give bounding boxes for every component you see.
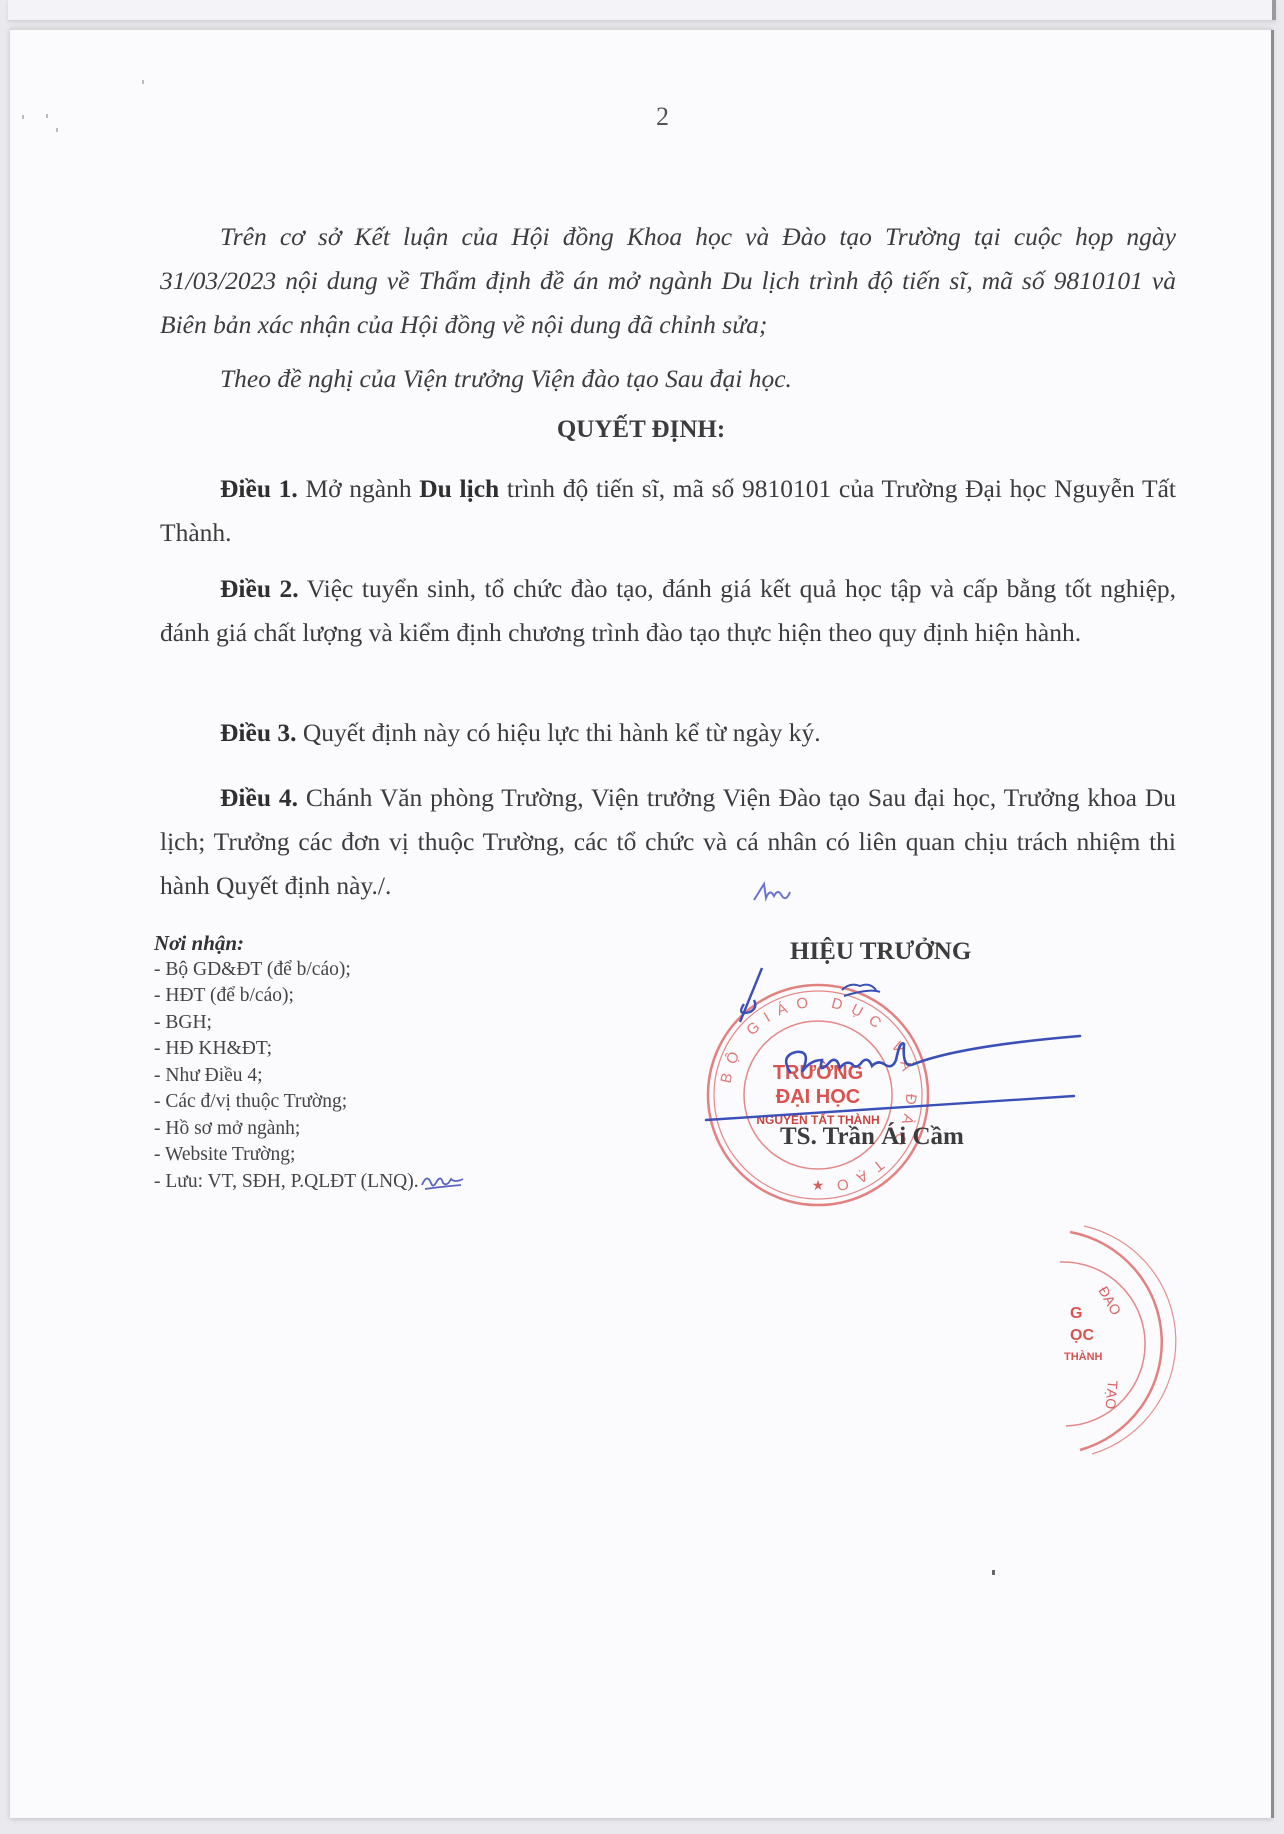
handwritten-signature-icon [700,960,1100,1160]
article-4: Điều 4. Chánh Văn phòng Trường, Viện trư… [160,776,1176,908]
recipient-item-text: - Lưu: VT, SĐH, P.QLĐT (LNQ). [154,1171,419,1192]
scan-speck [142,80,144,84]
page-number: 2 [656,102,669,132]
scan-speck [22,115,24,119]
handwritten-initials-icon [750,878,800,908]
recipient-item: - Như Điều 4; [154,1063,465,1090]
recipients-list: Nơi nhận: - Bộ GD&ĐT (để b/cáo); - HĐT (… [154,930,465,1195]
article-1: Điều 1. Mở ngành Du lịch trình độ tiến s… [160,467,1176,555]
recipients-title: Nơi nhận: [154,930,465,957]
recipient-item: - Website Trường; [154,1142,465,1169]
article-3: Điều 3. Quyết định này có hiệu lực thi h… [160,711,1176,755]
recipient-item: - BGH; [154,1010,465,1037]
svg-text:G: G [1070,1305,1082,1322]
scan-speck [56,128,58,132]
svg-text:ĐAO: ĐAO [1095,1284,1124,1318]
page-right-edge [1271,30,1274,1818]
article-2: Điều 2. Việc tuyển sinh, tổ chức đào tạo… [160,567,1176,655]
document-page: 2 Trên cơ sở Kết luận của Hội đồng Khoa … [10,28,1272,1818]
previous-page-edge [8,0,1276,21]
recipient-item: - HĐ KH&ĐT; [154,1036,465,1063]
article-label: Điều 3. [220,718,297,747]
recipient-item: - Hồ sơ mở ngành; [154,1116,465,1143]
article-text: Chánh Văn phòng Trường, Viện trưởng Viện… [160,783,1176,900]
article-text: Mở ngành [298,474,419,503]
recipient-item: - HĐT (để b/cáo); [154,983,465,1010]
article-label: Điều 4. [220,783,298,812]
decision-heading: QUYẾT ĐỊNH: [10,416,1272,444]
scan-speck [46,114,48,118]
recipient-item: - Các đ/vị thuộc Trường; [154,1089,465,1116]
article-text: Việc tuyển sinh, tổ chức đào tạo, đánh g… [160,574,1176,647]
scan-speck [992,1570,995,1575]
preamble-proposal: Theo đề nghị của Viện trưởng Viện đào tạ… [160,357,1176,401]
svg-text:TẠO: TẠO [1102,1380,1120,1410]
preamble-basis: Trên cơ sở Kết luận của Hội đồng Khoa họ… [160,215,1176,347]
partial-stamp-icon: ĐAO TẠO G ỌC THÀNH [1030,1220,1200,1460]
page-edge-shadow [1272,0,1276,20]
article-text: Quyết định này có hiệu lực thi hành kể t… [297,718,821,747]
recipient-item: - Bộ GD&ĐT (để b/cáo); [154,957,465,984]
recipient-item: - Lưu: VT, SĐH, P.QLĐT (LNQ). [154,1169,465,1196]
article-bold-term: Du lịch [419,474,499,503]
article-label: Điều 2. [220,574,299,603]
svg-text:ỌC: ỌC [1070,1327,1094,1344]
article-label: Điều 1. [220,474,298,503]
svg-text:★: ★ [812,1179,825,1194]
svg-text:THÀNH: THÀNH [1064,1350,1103,1363]
handwritten-initials-icon [419,1171,465,1193]
